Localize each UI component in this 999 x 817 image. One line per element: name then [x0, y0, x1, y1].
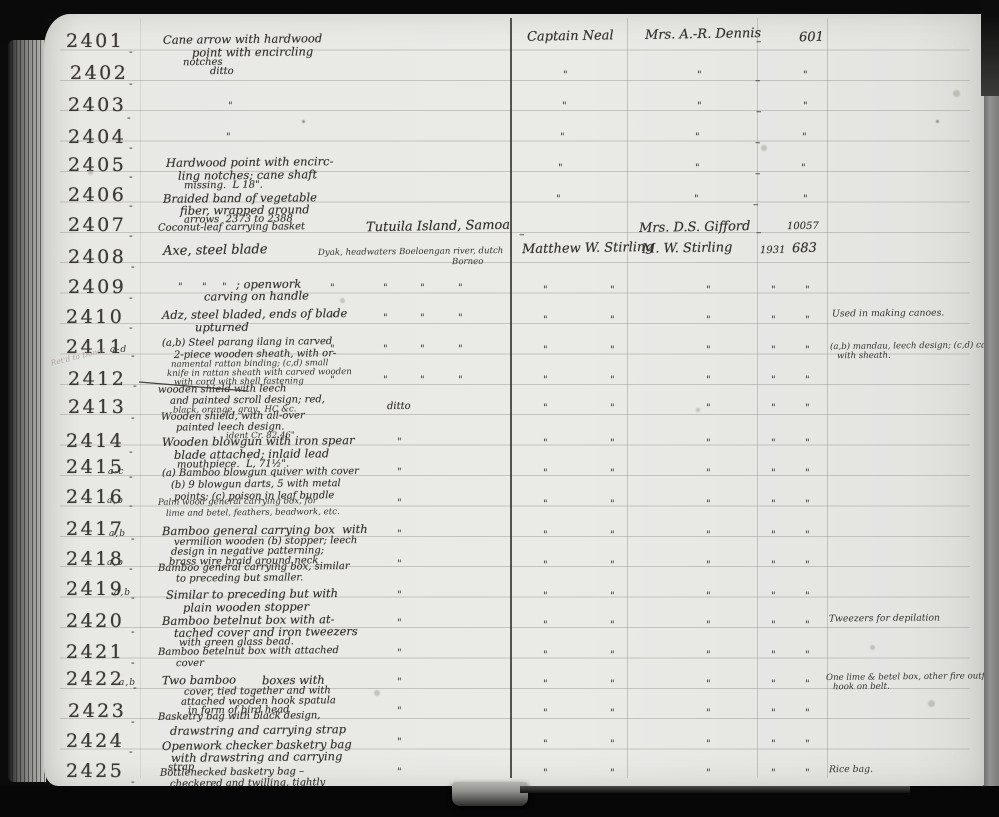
ditto-mark: "	[805, 620, 810, 631]
column-rule-number	[827, 18, 828, 778]
entry-text: with drawstring and carrying	[171, 749, 343, 765]
ditto-mark: "	[805, 650, 810, 661]
ditto-mark: "	[420, 375, 425, 386]
catalog-number: 2420	[66, 610, 124, 632]
dash-mark: –	[756, 226, 762, 239]
ditto-mark: "	[420, 344, 425, 355]
entry-text: cover	[176, 658, 204, 669]
dash-mark: -	[131, 656, 135, 669]
ditto-mark: "	[610, 768, 615, 779]
ditto-mark: "	[610, 591, 615, 602]
catalog-number: 2401	[66, 30, 124, 52]
ditto-mark: "	[610, 285, 615, 296]
ditto-mark: "	[383, 344, 388, 355]
column-rule-collector	[627, 18, 628, 778]
entry-text: Palm wood general carrying box, for	[158, 496, 317, 508]
ditto-mark: "	[695, 163, 700, 174]
scanned-ledger-photo: 2401-Cane arrow with hardwoodpoint with …	[0, 0, 999, 817]
ditto-mark: "	[805, 530, 810, 541]
ditto-mark: "	[397, 737, 402, 748]
ditto-mark: "	[330, 313, 335, 324]
catalog-number: 2421	[66, 641, 124, 663]
ditto-mark: "	[706, 285, 711, 296]
entry-text: 1931	[760, 245, 786, 256]
ditto-mark: "	[771, 739, 776, 750]
ditto-mark: "	[803, 70, 808, 81]
entry-text: Mrs. D.S. Gifford	[639, 219, 751, 236]
dash-mark: -	[129, 170, 133, 183]
entry-text: 601	[799, 30, 824, 45]
ditto-mark: "	[706, 591, 711, 602]
ditto-mark: "	[805, 739, 810, 750]
catalog-number: 2425	[66, 760, 124, 782]
entry-text: carving on handle	[204, 288, 309, 303]
entry-text: 10057	[787, 221, 819, 232]
dash-mark: -	[129, 199, 133, 212]
ditto-mark: "	[771, 375, 776, 386]
entry-text: Borneo	[452, 257, 484, 267]
ditto-mark: "	[562, 101, 567, 112]
ditto-mark: "	[697, 70, 702, 81]
ditto-mark: "	[771, 403, 776, 414]
entry-text: Adz, steel bladed, ends of blade	[162, 306, 347, 322]
ditto-mark: "	[771, 345, 776, 356]
ditto-mark: "	[560, 132, 565, 143]
ditto-mark: "	[771, 285, 776, 296]
entry-text: Tutuila Island, Samoa	[366, 218, 510, 236]
foxing-spot	[761, 145, 767, 151]
catalog-number: 2408	[68, 246, 126, 268]
scan-border-top	[0, 0, 999, 14]
entry-text: hook on belt.	[833, 682, 890, 693]
ditto-mark: "	[805, 468, 810, 479]
entry-text: Bamboo betelnut box with attached	[158, 645, 339, 658]
ditto-mark: "	[771, 768, 776, 779]
catalog-number: 2405	[68, 154, 126, 176]
ditto-mark: "	[706, 650, 711, 661]
ditto-mark: "	[706, 403, 711, 414]
dash-mark: -	[131, 260, 135, 273]
ditto-mark: "	[543, 375, 548, 386]
ditto-mark: "	[458, 375, 463, 386]
entry-text: with sheath.	[837, 351, 891, 362]
catalog-number: 2424	[66, 730, 124, 752]
dash-mark: -	[131, 625, 135, 638]
catalog-number: 2407	[68, 214, 126, 236]
dash-mark: -	[131, 411, 135, 424]
ditto-mark: "	[706, 768, 711, 779]
entry-text: Mrs. A.-R. Dennis	[645, 26, 761, 43]
remark-text: Tweezers for depilation	[829, 613, 940, 625]
column-rule-donor	[757, 18, 758, 778]
ditto-mark: "	[706, 560, 711, 571]
ditto-mark: "	[801, 163, 806, 174]
column-rule-faint-left	[140, 18, 141, 778]
ditto-mark: "	[771, 708, 776, 719]
ditto-mark: "	[610, 438, 615, 449]
dash-mark: –	[753, 198, 759, 211]
ditto-mark: "	[543, 285, 548, 296]
ditto-mark: "	[397, 767, 402, 778]
ditto-mark: "	[805, 591, 810, 602]
dash-mark: -	[129, 321, 133, 334]
ink-speck	[302, 120, 305, 123]
ditto-mark: "	[543, 403, 548, 414]
foxing-spot	[870, 645, 875, 650]
ditto-mark: "	[805, 438, 810, 449]
dash-mark: -	[129, 141, 133, 154]
entry-text: 683	[792, 241, 817, 256]
ditto-mark: "	[771, 591, 776, 602]
ditto-mark: "	[771, 468, 776, 479]
catalog-number: 2423	[68, 700, 126, 722]
ditto-mark: "	[805, 285, 810, 296]
ditto-mark: "	[771, 438, 776, 449]
entry-text: (b) 9 blowgun darts, 5 with metal	[171, 478, 341, 491]
ditto-mark: "	[771, 499, 776, 510]
foxing-spot	[88, 170, 93, 175]
ditto-mark: "	[771, 530, 776, 541]
entry-text: Basketry bag with black design,	[158, 710, 321, 723]
ditto-mark: "	[458, 344, 463, 355]
entry-text: to preceding but smaller.	[176, 572, 303, 584]
ditto-mark: "	[543, 591, 548, 602]
book-spine-tab	[452, 782, 528, 806]
ditto-mark: "	[771, 650, 776, 661]
dash-mark: -	[133, 379, 137, 392]
entry-text: Axe, steel blade	[163, 242, 268, 259]
catalog-number: 2409	[68, 276, 126, 298]
ditto-mark: "	[458, 283, 463, 294]
entry-text: Matthew W. Stirling	[522, 240, 654, 257]
ditto-mark: "	[543, 530, 548, 541]
ditto-mark: "	[383, 375, 388, 386]
ditto-mark: "	[610, 530, 615, 541]
ditto-mark: "	[706, 708, 711, 719]
entry-text: lime and betel, feathers, beadwork, etc.	[166, 507, 340, 519]
dash-mark: -	[129, 470, 133, 483]
catalog-number-suffix: a-c	[108, 467, 124, 477]
ditto-mark: "	[178, 282, 183, 293]
entry-text: M. W. Stirling	[642, 240, 733, 257]
catalog-number: 2406	[68, 184, 126, 206]
ditto-mark: "	[397, 648, 402, 659]
ditto-mark: "	[397, 498, 402, 509]
ditto-mark: "	[543, 560, 548, 571]
adjacent-page-edge-shadow	[981, 0, 999, 96]
ditto-mark: "	[397, 706, 402, 717]
ditto-mark: "	[706, 530, 711, 541]
ditto-mark: "	[228, 101, 233, 112]
catalog-number: 2404	[68, 126, 126, 148]
remark-text: Rice bag.	[829, 764, 873, 775]
ditto-mark: "	[610, 739, 615, 750]
dash-mark: -	[129, 499, 133, 512]
entry-text: (a,b) Steel parang ilang in carved	[162, 336, 332, 349]
dash-mark: -	[131, 591, 135, 604]
dash-mark: -	[129, 445, 133, 458]
ditto-mark: "	[706, 468, 711, 479]
dash-mark: -	[129, 745, 133, 758]
catalog-number-suffix: a,b	[107, 496, 124, 506]
entry-text: upturned	[195, 320, 249, 335]
ditto-mark: "	[610, 403, 615, 414]
ditto-mark: "	[805, 375, 810, 386]
ditto-mark: "	[458, 313, 463, 324]
ditto-mark: "	[610, 560, 615, 571]
ditto-mark: "	[543, 679, 548, 690]
dash-mark: -	[129, 291, 133, 304]
dash-mark: -	[129, 229, 133, 242]
catalog-number: 2403	[68, 94, 126, 116]
ditto-mark: "	[610, 468, 615, 479]
ditto-mark: "	[543, 315, 548, 326]
ditto-mark: "	[706, 345, 711, 356]
catalog-number-suffix: a-d	[110, 345, 127, 355]
ditto-mark: "	[771, 315, 776, 326]
ditto-mark: "	[805, 315, 810, 326]
ditto-mark: "	[805, 560, 810, 571]
catalog-number-suffix: a,b	[114, 588, 131, 598]
ditto-mark: "	[803, 194, 808, 205]
dash-mark: -	[131, 715, 135, 728]
entry-text: Captain Neal	[527, 28, 614, 45]
foxing-spot	[340, 298, 345, 303]
dash-mark: -	[129, 77, 133, 90]
adjacent-page-edge	[984, 0, 999, 817]
ditto-mark: "	[397, 437, 402, 448]
entry-text: drawstring and carrying strap	[170, 722, 346, 738]
ditto-mark: "	[543, 708, 548, 719]
entry-text: (a) Bamboo blowgun quiver with cover	[162, 466, 359, 479]
ditto-mark: "	[610, 620, 615, 631]
ditto-mark: "	[226, 132, 231, 143]
remark-text: Used in making canoes.	[832, 308, 944, 320]
ditto-mark: "	[706, 375, 711, 386]
ditto-mark: "	[610, 345, 615, 356]
ditto-mark: "	[563, 70, 568, 81]
foxing-spot	[953, 90, 960, 97]
ditto-mark: "	[706, 739, 711, 750]
dash-mark: -	[129, 45, 133, 58]
ditto-mark: "	[543, 499, 548, 510]
ditto-mark: "	[397, 467, 402, 478]
ditto-mark: "	[805, 403, 810, 414]
dash-mark: -	[131, 349, 135, 362]
entry-text: Coconut-leaf carrying basket	[158, 221, 305, 234]
dash-mark: -	[133, 681, 137, 694]
dash-mark: –	[755, 136, 761, 149]
ditto-mark: "	[706, 620, 711, 631]
dash-mark: –	[756, 105, 762, 118]
ditto-mark: "	[805, 499, 810, 510]
ditto-mark: "	[803, 101, 808, 112]
foxing-spot	[374, 690, 380, 696]
ditto-mark: "	[610, 315, 615, 326]
ditto-mark: "	[694, 194, 699, 205]
ditto-mark: "	[543, 768, 548, 779]
ditto-mark: "	[330, 344, 335, 355]
ditto-mark: "	[543, 438, 548, 449]
entry-text: ditto	[210, 66, 234, 77]
catalog-number: 2422	[66, 668, 124, 690]
entry-text: Two bamboo	[162, 673, 236, 688]
ditto-mark: "	[543, 650, 548, 661]
ditto-mark: "	[706, 499, 711, 510]
ditto-mark: "	[397, 559, 402, 570]
ditto-mark: "	[543, 620, 548, 631]
ditto-mark: "	[543, 345, 548, 356]
ditto-mark: "	[771, 560, 776, 571]
column-rule-main	[510, 18, 512, 778]
ditto-mark: "	[805, 768, 810, 779]
ditto-mark: "	[330, 375, 335, 386]
ditto-mark: "	[610, 708, 615, 719]
dash-mark: –	[519, 228, 525, 241]
ditto-mark: "	[706, 315, 711, 326]
dash-mark: -	[129, 562, 133, 575]
ditto-mark: "	[771, 679, 776, 690]
ditto-mark: "	[383, 313, 388, 324]
ditto-mark: "	[397, 529, 402, 540]
ditto-mark: "	[543, 739, 548, 750]
ink-speck	[936, 120, 939, 123]
entry-text: missing. L 18".	[184, 180, 263, 192]
ditto-mark: "	[706, 438, 711, 449]
ditto-mark: "	[805, 345, 810, 356]
dash-mark: –	[755, 167, 761, 180]
ditto-mark: "	[610, 650, 615, 661]
catalog-number: 2414	[66, 430, 124, 452]
ditto-mark: "	[558, 163, 563, 174]
catalog-number-suffix: a,b	[107, 558, 124, 568]
ditto-mark: "	[556, 194, 561, 205]
ditto-mark: "	[420, 313, 425, 324]
ditto-mark: "	[610, 499, 615, 510]
ditto-mark: "	[383, 283, 388, 294]
ditto-mark: "	[397, 590, 402, 601]
dash-mark: –	[756, 35, 762, 48]
ditto-mark: "	[610, 375, 615, 386]
ditto-mark: "	[695, 132, 700, 143]
ditto-mark: "	[543, 468, 548, 479]
ditto-mark: "	[706, 679, 711, 690]
ditto-mark: "	[697, 101, 702, 112]
catalog-number: 2402	[70, 62, 128, 84]
ditto-mark: "	[330, 283, 335, 294]
foxing-spot	[928, 700, 935, 707]
catalog-number: 2413	[68, 396, 126, 418]
ditto-mark: "	[397, 618, 402, 629]
catalog-number-suffix: a,b	[109, 529, 126, 539]
ditto-mark: "	[805, 708, 810, 719]
catalog-number: 2410	[66, 306, 124, 328]
foxing-spot	[696, 408, 700, 412]
dash-mark: -	[127, 111, 131, 124]
ditto-mark: "	[610, 679, 615, 690]
book-page-edge-stack	[8, 40, 46, 782]
dash-mark: –	[755, 74, 761, 87]
catalog-number: 2412	[68, 368, 126, 390]
entry-text: ditto	[387, 401, 411, 412]
ditto-mark: "	[397, 677, 402, 688]
dash-mark: -	[131, 532, 135, 545]
ditto-mark: "	[420, 283, 425, 294]
page-bottom-shadow	[520, 786, 910, 793]
ditto-mark: "	[802, 132, 807, 143]
ditto-mark: "	[805, 679, 810, 690]
ditto-mark: "	[771, 620, 776, 631]
